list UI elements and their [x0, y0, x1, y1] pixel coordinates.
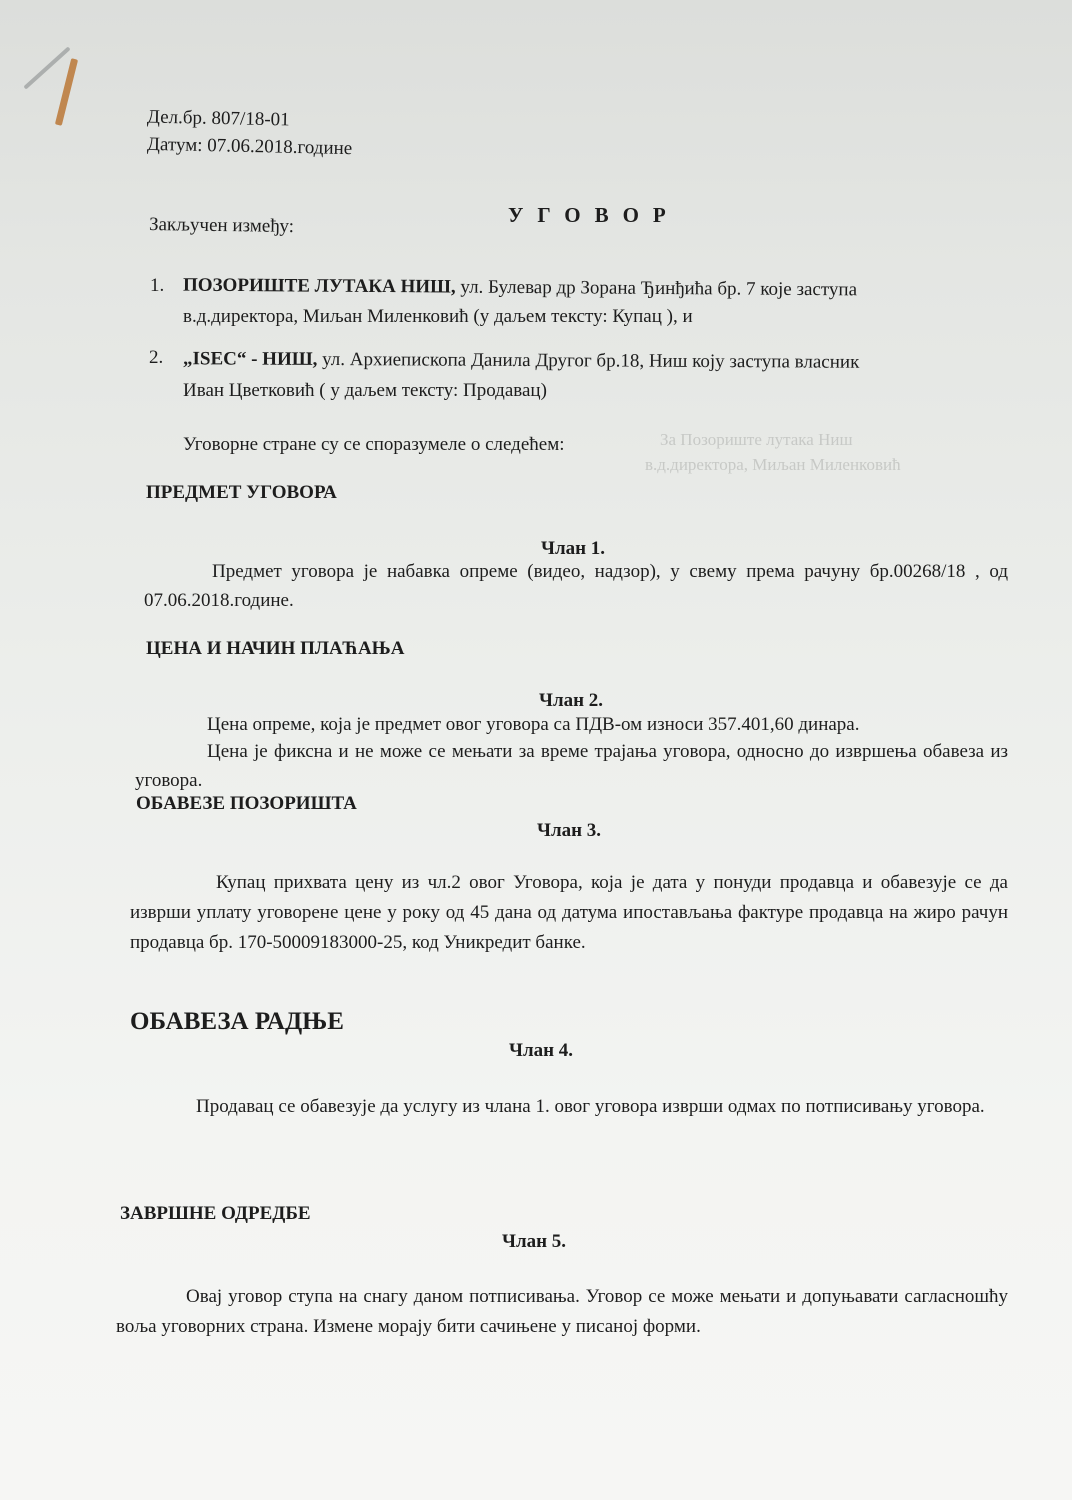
article-paragraph: Цена опреме, која је предмет овог уговор…	[207, 714, 860, 737]
document-date: Датум: 07.06.2018.године	[147, 134, 353, 161]
party-address: ул. Архиепископа Данила Другог бр.18, Ни…	[317, 349, 859, 373]
section-heading: ЦЕНА И НАЧИН ПЛАЋАЊА	[146, 638, 404, 660]
party-address: ул. Булевар др Зорана Ђинђића бр. 7 које…	[456, 277, 857, 301]
party-number: 1.	[150, 275, 164, 298]
section-heading: ОБАВЕЗА РАДЊЕ	[130, 1008, 344, 1036]
agreement-intro: Уговорне стране су се споразумеле о след…	[183, 434, 565, 457]
article-paragraph: Купац прихвата цену из чл.2 овог Уговора…	[130, 868, 1008, 958]
party-number: 2.	[149, 347, 163, 370]
pen-mark	[55, 58, 78, 126]
article-paragraph: Продавац се обавезује да услугу из члана…	[124, 1092, 1008, 1121]
article-number: Члан 4.	[509, 1040, 573, 1062]
article-paragraph: Цена је фиксна и не може се мењати за вр…	[135, 737, 1008, 795]
article-number: Члан 2.	[539, 690, 603, 712]
reference-number: Дел.бр. 807/18-01	[147, 107, 290, 133]
concluded-between: Закључен између:	[149, 214, 294, 239]
party-name: „ISEC“ - НИШ,	[183, 348, 317, 370]
section-heading: ПРЕДМЕТ УГОВОРА	[146, 482, 337, 504]
article-paragraph: Овај уговор ступа на снагу даном потписи…	[116, 1282, 1008, 1342]
article-number: Члан 3.	[537, 820, 601, 842]
party-name: ПОЗОРИШТЕ ЛУТАКА НИШ,	[183, 275, 456, 298]
section-heading: ОБАВЕЗЕ ПОЗОРИШТА	[136, 793, 357, 815]
party-representative: в.д.директора, Миљан Миленковић (у даљем…	[183, 306, 693, 329]
article-number: Члан 5.	[502, 1231, 566, 1253]
party-representative: Иван Цветковић ( у даљем тексту: Продава…	[183, 380, 547, 403]
bleed-through-line-2: в.д.директора, Миљан Миленковић	[645, 455, 901, 475]
pencil-mark	[23, 46, 70, 89]
bleed-through-line-1: За Позориште лутака Ниш	[660, 430, 853, 450]
section-heading: ЗАВРШНЕ ОДРЕДБЕ	[120, 1203, 311, 1225]
article-paragraph: Предмет уговора је набавка опреме (видео…	[144, 557, 1008, 615]
document-title: УГОВОР	[508, 203, 680, 228]
